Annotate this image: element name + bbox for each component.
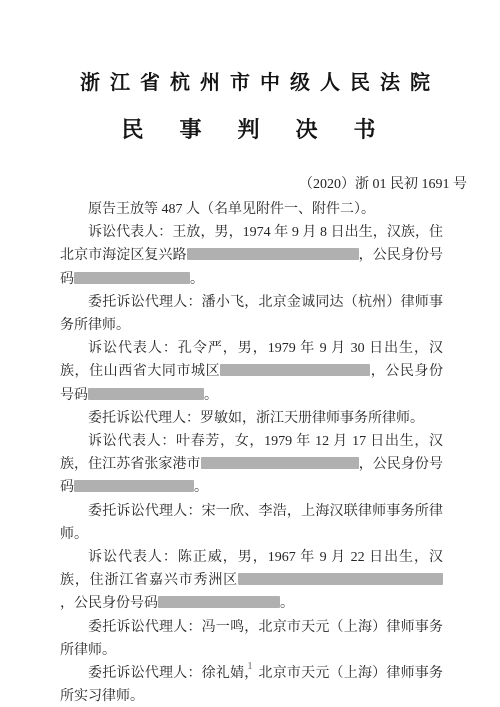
- redaction-box: [201, 457, 359, 469]
- redaction-box: [220, 364, 370, 376]
- paragraph: 委托诉讼代理人：冯一鸣，北京市天元（上海）律师事务所律师。: [60, 616, 443, 662]
- paragraph: 委托诉讼代理人：宋一欣、李浩，上海汉联律师事务所律师。: [60, 500, 443, 546]
- paragraph-text: 。: [194, 480, 208, 495]
- paragraph: 诉讼代表人：孔令严，男，1979 年 9 月 30 日出生，汉族，住山西省大同市…: [60, 337, 443, 407]
- paragraph-text: 委托诉讼代理人：罗敏如，浙江天册律师事务所律师。: [88, 411, 424, 426]
- paragraph-text: 原告王放等 487 人（名单见附件一、附件二）。: [88, 202, 375, 217]
- paragraph-text: ，公民身份号码: [60, 596, 158, 611]
- redaction-box: [158, 596, 280, 608]
- redaction-box: [187, 248, 359, 260]
- paragraph-text: 委托诉讼代理人：冯一鸣，北京市天元（上海）律师事务所律师。: [60, 620, 443, 658]
- page-number: 1: [0, 659, 500, 673]
- paragraph: 委托诉讼代理人：潘小飞，北京金诚同达（杭州）律师事务所律师。: [60, 291, 443, 337]
- judgment-document-page: 浙江省杭州市中级人民法院 民事判决书 （2020）浙 01 民初 1691 号 …: [0, 0, 500, 707]
- paragraph-text: 。: [280, 596, 294, 611]
- paragraph-text: 委托诉讼代理人：宋一欣、李浩，上海汉联律师事务所律师。: [60, 504, 443, 542]
- paragraph: 诉讼代表人：王放，男，1974 年 9 月 8 日出生，汉族，住北京市海淀区复兴…: [60, 221, 443, 291]
- redaction-box: [74, 272, 190, 284]
- paragraph: 委托诉讼代理人：罗敏如，浙江天册律师事务所律师。: [60, 407, 443, 430]
- redaction-box: [238, 573, 443, 585]
- paragraph: 诉讼代表人：叶春芳，女，1979 年 12 月 17 日出生，汉族，住江苏省张家…: [60, 430, 443, 500]
- paragraph-text: 。: [204, 388, 218, 403]
- paragraph-text: 委托诉讼代理人：潘小飞，北京金诚同达（杭州）律师事务所律师。: [60, 295, 443, 333]
- paragraph: 诉讼代表人：陈正威，男，1967 年 9 月 22 日出生，汉族，住浙江省嘉兴市…: [60, 546, 443, 616]
- paragraph-text: 。: [190, 272, 204, 287]
- paragraph: 原告王放等 487 人（名单见附件一、附件二）。: [60, 198, 443, 221]
- case-number: （2020）浙 01 民初 1691 号: [60, 173, 467, 196]
- redaction-box: [74, 480, 194, 492]
- court-name-heading: 浙江省杭州市中级人民法院: [60, 72, 455, 94]
- document-title: 民事判决书: [60, 118, 455, 142]
- redaction-box: [88, 388, 204, 400]
- document-body: 原告王放等 487 人（名单见附件一、附件二）。诉讼代表人：王放，男，1974 …: [60, 198, 443, 707]
